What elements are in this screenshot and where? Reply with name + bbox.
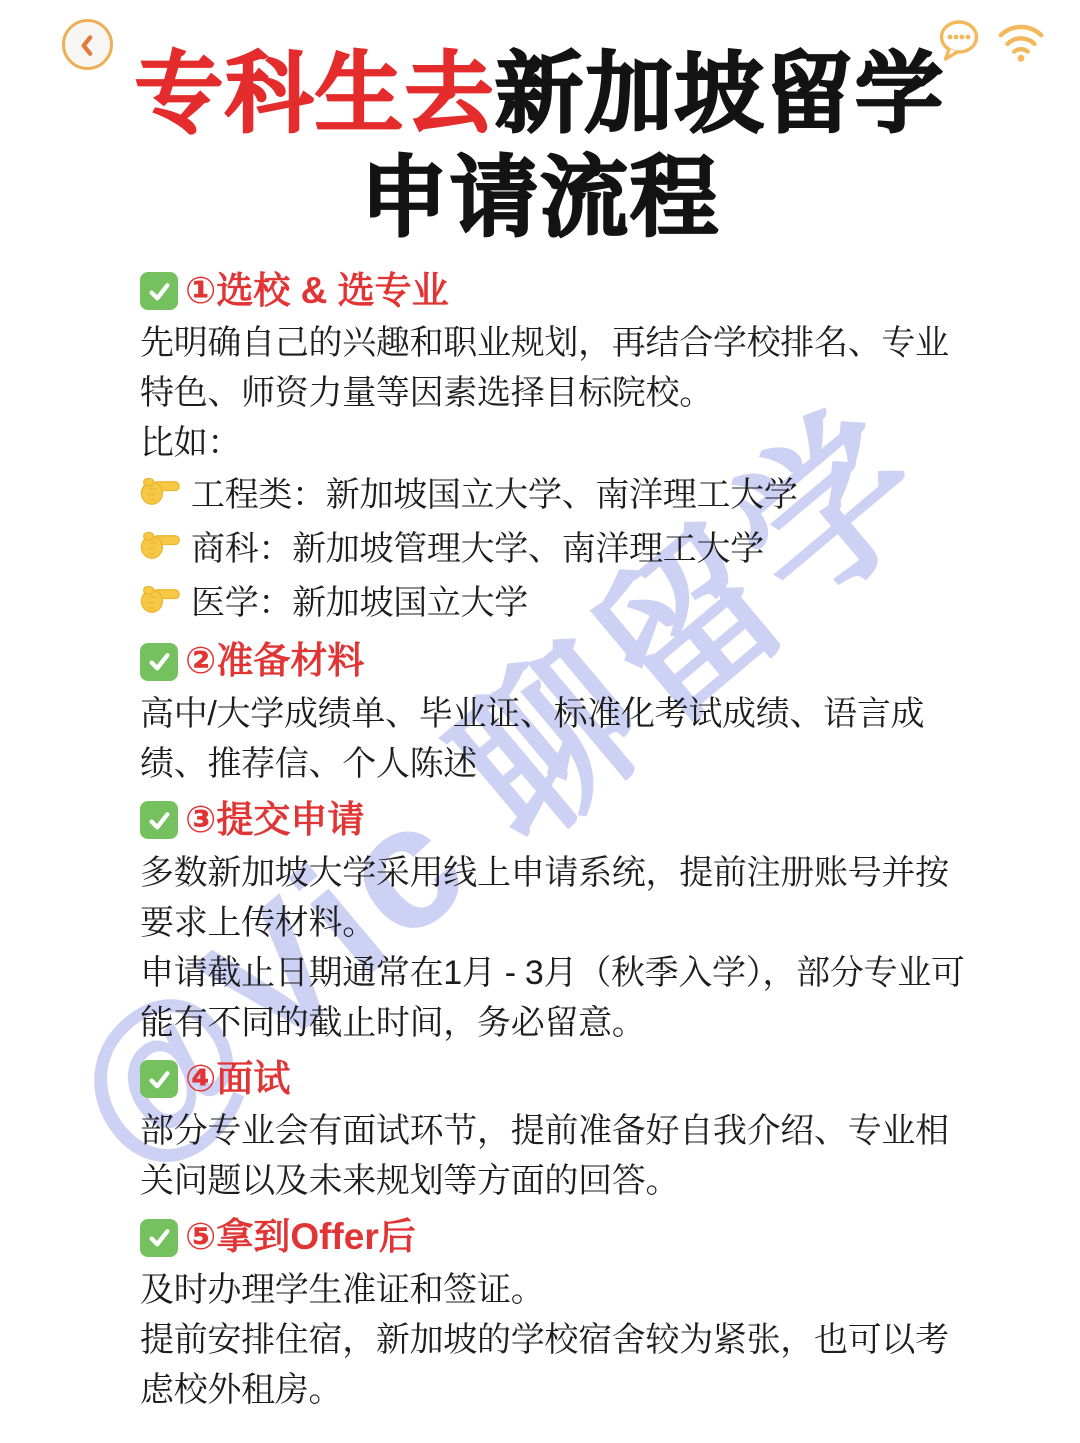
section: ②准备材料高中/大学成绩单、毕业证、标准化考试成绩、语言成绩、推荐信、个人陈述	[140, 641, 976, 789]
title-rest: 新加坡留学	[495, 44, 945, 143]
status-icons	[936, 18, 1046, 64]
checkmark-icon	[140, 1060, 178, 1098]
section-heading-text: ④面试	[185, 1059, 290, 1100]
section-paragraph: 多数新加坡大学采用线上申请系统，提前注册账号并按要求上传材料。	[140, 848, 976, 948]
section-heading-text: ⑤拿到Offer后	[185, 1217, 416, 1258]
speech-bubble-icon[interactable]	[936, 18, 982, 64]
sections: ①选校 & 选专业先明确自己的兴趣和职业规划，再结合学校排名、专业特色、师资力量…	[0, 250, 1080, 1415]
page-title: 专科生去新加坡留学 申请流程	[0, 42, 1080, 250]
section: ①选校 & 选专业先明确自己的兴趣和职业规划，再结合学校排名、专业特色、师资力量…	[140, 271, 976, 631]
bullet-item: 商科：新加坡管理大学、南洋理工大学	[140, 522, 976, 576]
section-paragraph: 部分专业会有面试环节，提前准备好自我介绍、专业相关问题以及未来规划等方面的回答。	[140, 1106, 976, 1206]
bullet-text: 工程类：新加坡国立大学、南洋理工大学	[191, 469, 798, 521]
section: ③提交申请多数新加坡大学采用线上申请系统，提前注册账号并按要求上传材料。申请截止…	[140, 800, 976, 1048]
bullet-text: 医学：新加坡国立大学	[191, 577, 528, 629]
section-heading: ④面试	[140, 1059, 976, 1100]
title-line-1: 专科生去新加坡留学	[0, 42, 1080, 146]
pointing-hand-icon	[140, 578, 182, 630]
section-paragraph: 申请截止日期通常在1月 - 3月（秋季入学），部分专业可能有不同的截止时间，务必…	[140, 948, 976, 1048]
section-paragraph: 提前安排住宿，新加坡的学校宿舍较为紧张，也可以考虑校外租房。	[140, 1315, 976, 1415]
title-line-2: 申请流程	[0, 146, 1080, 250]
pointing-hand-icon	[140, 470, 182, 522]
section-paragraph: 及时办理学生准证和签证。	[140, 1265, 976, 1315]
bullet-text: 商科：新加坡管理大学、南洋理工大学	[191, 523, 764, 575]
back-button[interactable]	[62, 19, 113, 70]
section-heading-text: ①选校 & 选专业	[185, 271, 449, 312]
checkmark-icon	[140, 272, 178, 310]
section-heading: ⑤拿到Offer后	[140, 1217, 976, 1258]
checkmark-icon	[140, 1219, 178, 1257]
section-heading: ②准备材料	[140, 641, 976, 682]
bullet-item: 医学：新加坡国立大学	[140, 576, 976, 630]
checkmark-icon	[140, 801, 178, 839]
section-paragraph: 先明确自己的兴趣和职业规划，再结合学校排名、专业特色、师资力量等因素选择目标院校…	[140, 318, 976, 418]
chevron-left-icon	[75, 32, 101, 58]
section-paragraph: 比如：	[140, 418, 976, 468]
section: ⑤拿到Offer后及时办理学生准证和签证。提前安排住宿，新加坡的学校宿舍较为紧张…	[140, 1217, 976, 1415]
checkmark-icon	[140, 643, 178, 681]
pointing-hand-icon	[140, 524, 182, 576]
section-heading: ③提交申请	[140, 800, 976, 841]
bullet-item: 工程类：新加坡国立大学、南洋理工大学	[140, 468, 976, 522]
wifi-icon	[996, 18, 1046, 64]
section-heading-text: ②准备材料	[185, 641, 364, 682]
section-paragraph: 高中/大学成绩单、毕业证、标准化考试成绩、语言成绩、推荐信、个人陈述	[140, 689, 976, 789]
section-heading: ①选校 & 选专业	[140, 271, 976, 312]
section-heading-text: ③提交申请	[185, 800, 364, 841]
section: ④面试部分专业会有面试环节，提前准备好自我介绍、专业相关问题以及未来规划等方面的…	[140, 1059, 976, 1207]
title-highlight: 专科生去	[135, 44, 495, 143]
